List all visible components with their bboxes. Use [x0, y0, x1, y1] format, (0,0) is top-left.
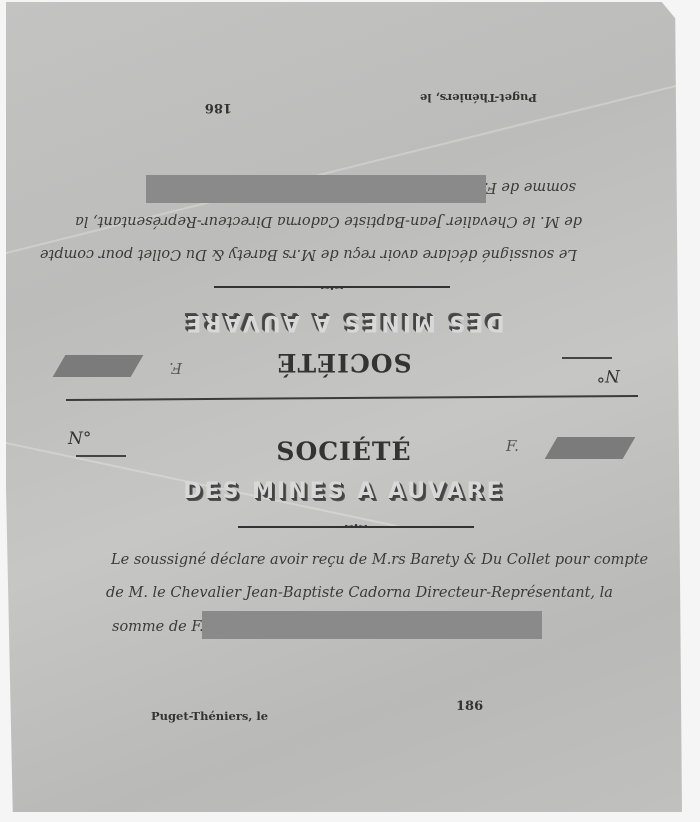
francs-label: F.	[506, 437, 519, 455]
year-label: 186	[456, 699, 483, 714]
year-label: 186	[205, 100, 232, 115]
francs-amount-box	[545, 437, 636, 459]
sum-amount-box	[146, 175, 486, 203]
receipt-text-line-1: Le soussigné déclare avoir reçu de M.rs …	[40, 246, 577, 262]
company-subtitle: DES MINES A AUVARE	[6, 310, 682, 335]
receipt-text-line-1: Le soussigné déclare avoir reçu de M.rs …	[111, 552, 648, 568]
receipt-copy-upright: N° SOCIÉTÉ DES MINES A AUVARE F. —⊷•⊶— L…	[6, 407, 682, 812]
place-date-label: Puget-Théniers, le	[420, 91, 537, 105]
paper-sheet: N° SOCIÉTÉ DES MINES A AUVARE F. —⊷•⊶— L…	[6, 2, 682, 812]
ornamental-rule: —⊷•⊶—	[238, 522, 474, 532]
receipt-text-line-3: somme de F.	[484, 179, 576, 195]
francs-amount-box	[53, 355, 144, 377]
receipt-text-line-3: somme de F.	[112, 619, 204, 635]
sum-amount-box	[202, 611, 542, 639]
receipt-text-line-2: de M. le Chevalier Jean-Baptiste Cadorna…	[106, 585, 613, 601]
receipt-copy-upside-down: N° SOCIÉTÉ DES MINES A AUVARE F. —⊷•⊶— L…	[6, 2, 682, 407]
francs-label: F.	[169, 359, 182, 377]
receipt-text-line-2: de M. le Chevalier Jean-Baptiste Cadorna…	[75, 213, 582, 229]
place-date-label: Puget-Théniers, le	[151, 709, 268, 723]
company-subtitle: DES MINES A AUVARE	[6, 479, 682, 504]
ornamental-rule: —⊷•⊶—	[214, 282, 450, 292]
